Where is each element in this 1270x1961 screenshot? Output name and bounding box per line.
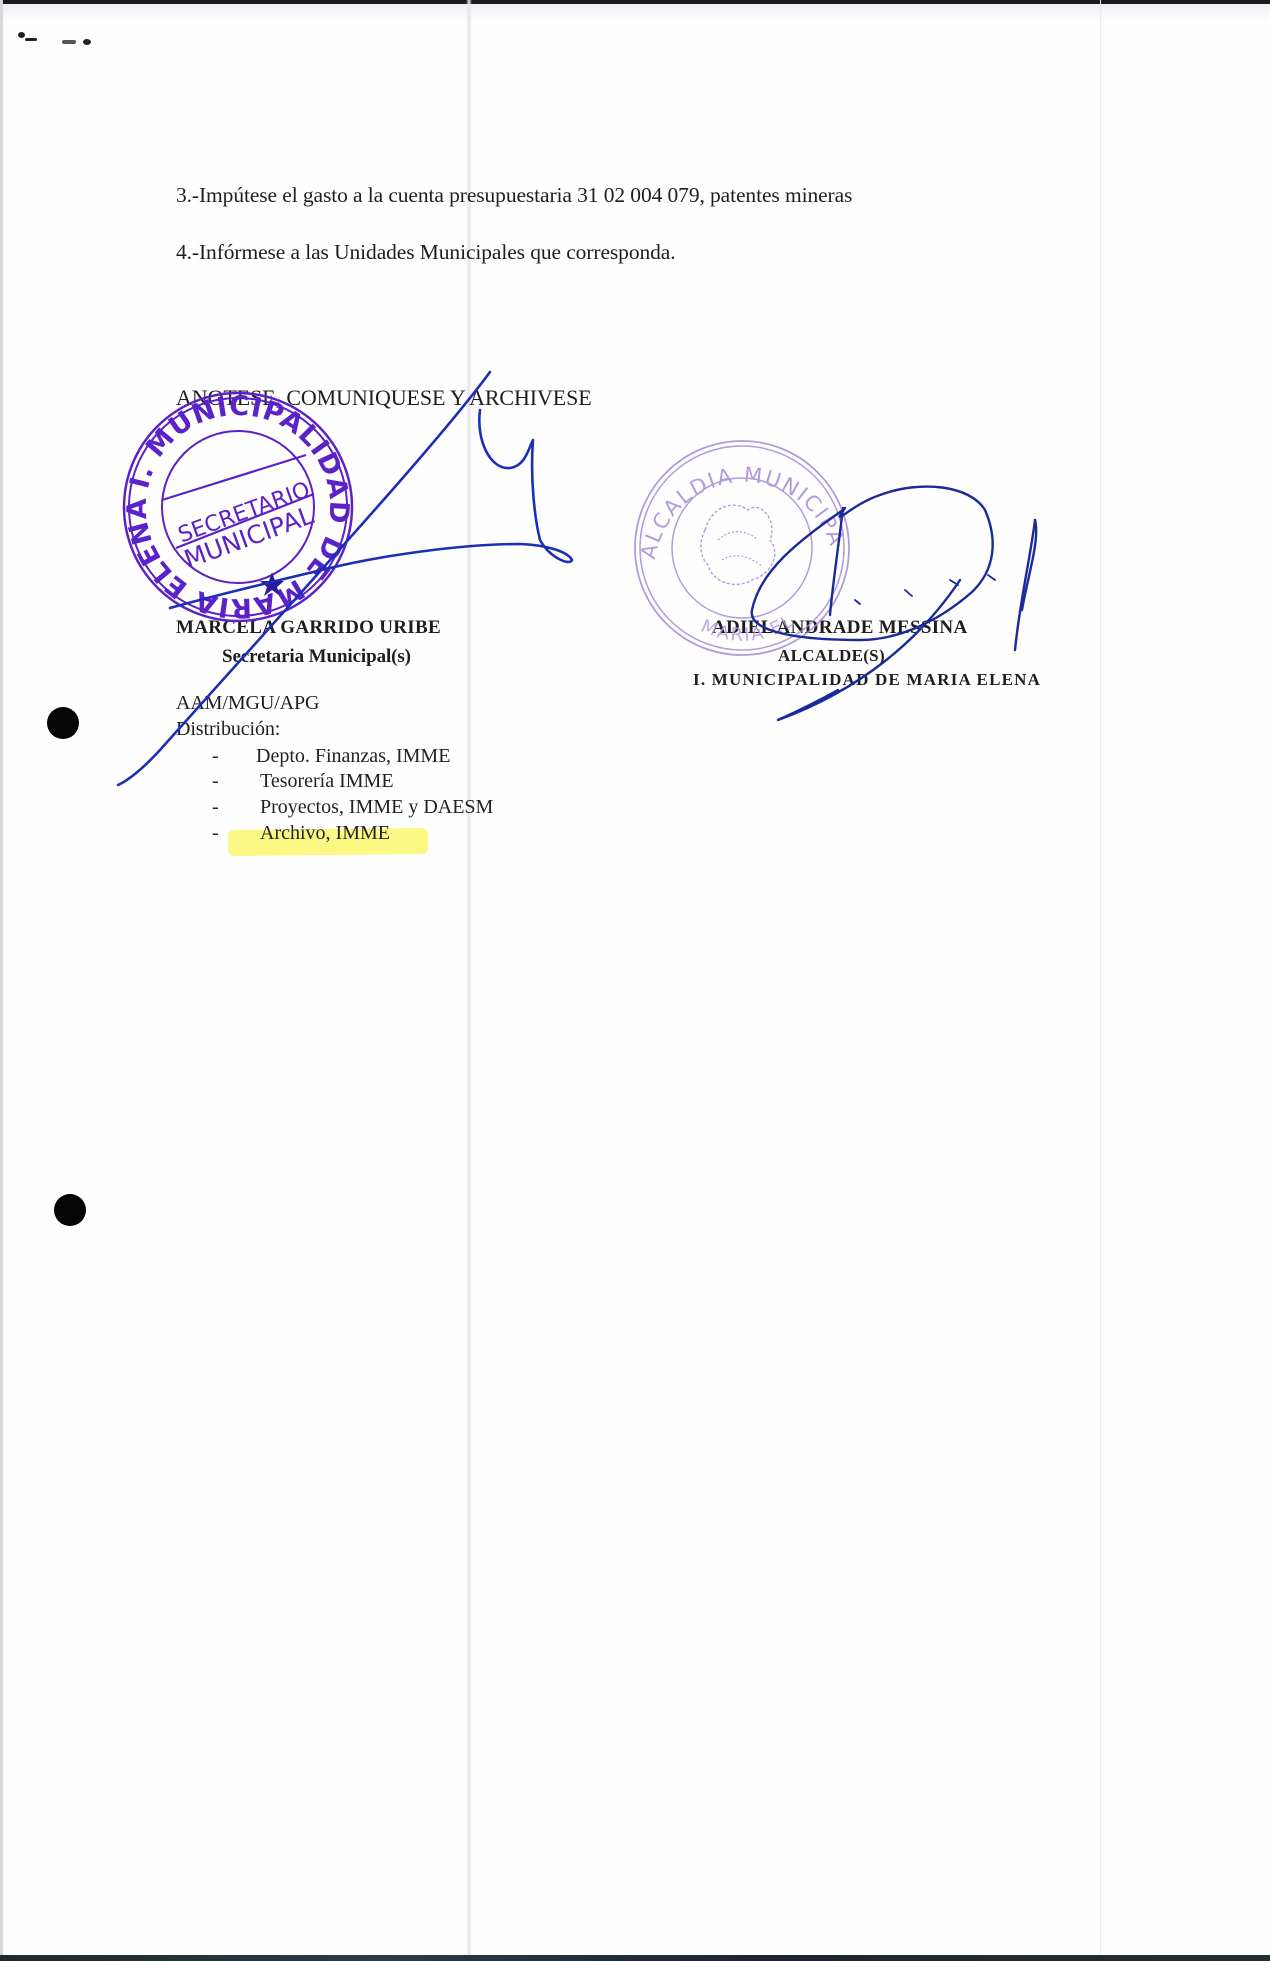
punch-hole-top [47, 707, 79, 739]
reference-initials: AAM/MGU/APG [176, 692, 319, 715]
distribution-item-label: Archivo, IMME [260, 822, 390, 844]
stamps-and-signatures: I. MUNICIPALIDAD DE MARIA ELENA SECRETAR… [0, 0, 1270, 1961]
distribution-item-label: Depto. Finanzas, IMME [256, 745, 450, 767]
secretary-name: MARCELA GARRIDO URIBE [176, 617, 441, 639]
corner-mark [62, 40, 76, 44]
secretary-seal: I. MUNICIPALIDAD DE MARIA ELENA SECRETAR… [122, 391, 355, 623]
distribution-item: -Tesorería IMME [212, 770, 394, 793]
punch-hole-bottom [54, 1194, 86, 1226]
distribution-item-label: Proyectos, IMME y DAESM [260, 796, 493, 818]
svg-text:ALCALDIA MUNICIPAL: ALCALDIA MUNICIPAL [0, 0, 849, 561]
bullet-dash: - [212, 822, 260, 845]
fold-line [466, 0, 472, 1961]
scan-top-haze [0, 4, 1270, 22]
resolution-item-3: 3.-Impútese el gasto a la cuenta presupu… [176, 183, 852, 208]
secretary-title: Secretaria Municipal(s) [222, 646, 411, 668]
svg-text:SECRETARIO: SECRETARIO [175, 477, 314, 548]
scan-right-line [1100, 0, 1101, 1961]
distribution-item-highlighted: -Archivo, IMME [212, 822, 390, 845]
closing-formula: ANOTESE, COMUNIQUESE Y ARCHIVESE [176, 385, 592, 411]
resolution-item-4: 4.-Infórmese a las Unidades Municipales … [176, 240, 675, 265]
svg-text:I. MUNICIPALIDAD DE MARIA ELEN: I. MUNICIPALIDAD DE MARIA ELENA [122, 391, 355, 623]
distribution-heading: Distribución: [176, 718, 280, 741]
svg-text:MARIA ELENA: MARIA ELENA [0, 0, 799, 646]
bullet-dash: - [212, 770, 260, 793]
distribution-item-label: Tesorería IMME [260, 770, 394, 792]
scan-left-edge [0, 0, 3, 1961]
scan-bottom-edge [0, 1955, 1270, 1961]
svg-text:MUNICIPAL: MUNICIPAL [180, 500, 317, 574]
corner-mark [25, 38, 37, 41]
mayor-name: ADIEL ANDRADE MESSINA [712, 617, 967, 639]
distribution-item: -Proyectos, IMME y DAESM [212, 796, 493, 819]
distribution-item: -Depto. Finanzas, IMME [212, 745, 450, 768]
mayor-institution: I. MUNICIPALIDAD DE MARIA ELENA [693, 670, 1041, 690]
mayor-seal: ALCALDIA MUNICIPAL MARIA ELENA [0, 0, 849, 655]
bullet-dash: - [212, 745, 256, 768]
bullet-dash: - [212, 796, 260, 819]
corner-mark [83, 39, 91, 45]
scanned-page: 3.-Impútese el gasto a la cuenta presupu… [0, 0, 1270, 1961]
corner-mark [18, 32, 25, 38]
mayor-title: ALCALDE(S) [778, 646, 885, 666]
